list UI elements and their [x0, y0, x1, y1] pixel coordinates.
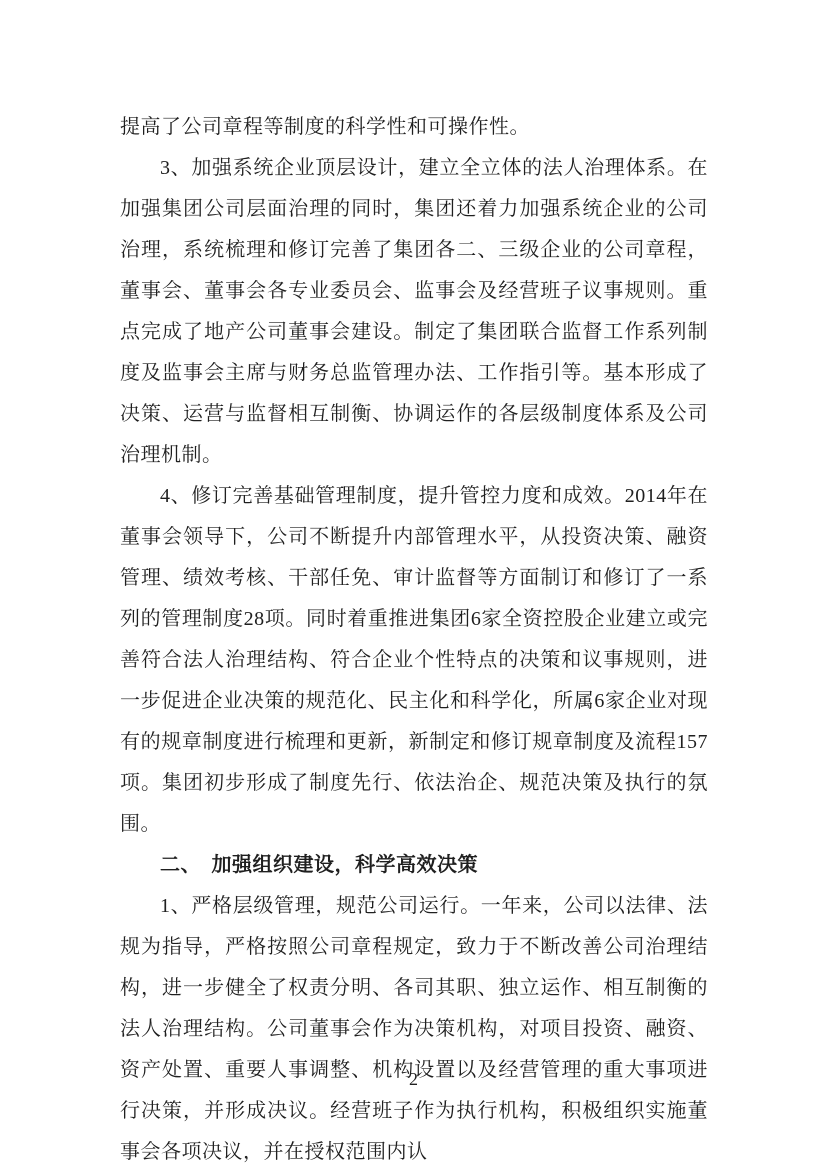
page-footer: 2 — [0, 1068, 827, 1090]
section-heading: 二、 加强组织建设，科学高效决策 — [120, 845, 708, 886]
paragraph-item-4: 4、修订完善基础管理制度，提升管控力度和成效。2014年在董事会领导下，公司不断… — [120, 476, 708, 845]
document-page: 提高了公司章程等制度的科学性和可操作性。 3、加强系统企业顶层设计，建立全立体的… — [0, 0, 827, 1169]
paragraph-item-3: 3、加强系统企业顶层设计，建立全立体的法人治理体系。在加强集团公司层面治理的同时… — [120, 148, 708, 476]
page-number: 2 — [409, 1069, 418, 1089]
document-body: 提高了公司章程等制度的科学性和可操作性。 3、加强系统企业顶层设计，建立全立体的… — [120, 107, 708, 1169]
paragraph-continuation: 提高了公司章程等制度的科学性和可操作性。 — [120, 107, 708, 148]
paragraph-item-1: 1、严格层级管理，规范公司运行。一年来，公司以法律、法规为指导，严格按照公司章程… — [120, 886, 708, 1169]
